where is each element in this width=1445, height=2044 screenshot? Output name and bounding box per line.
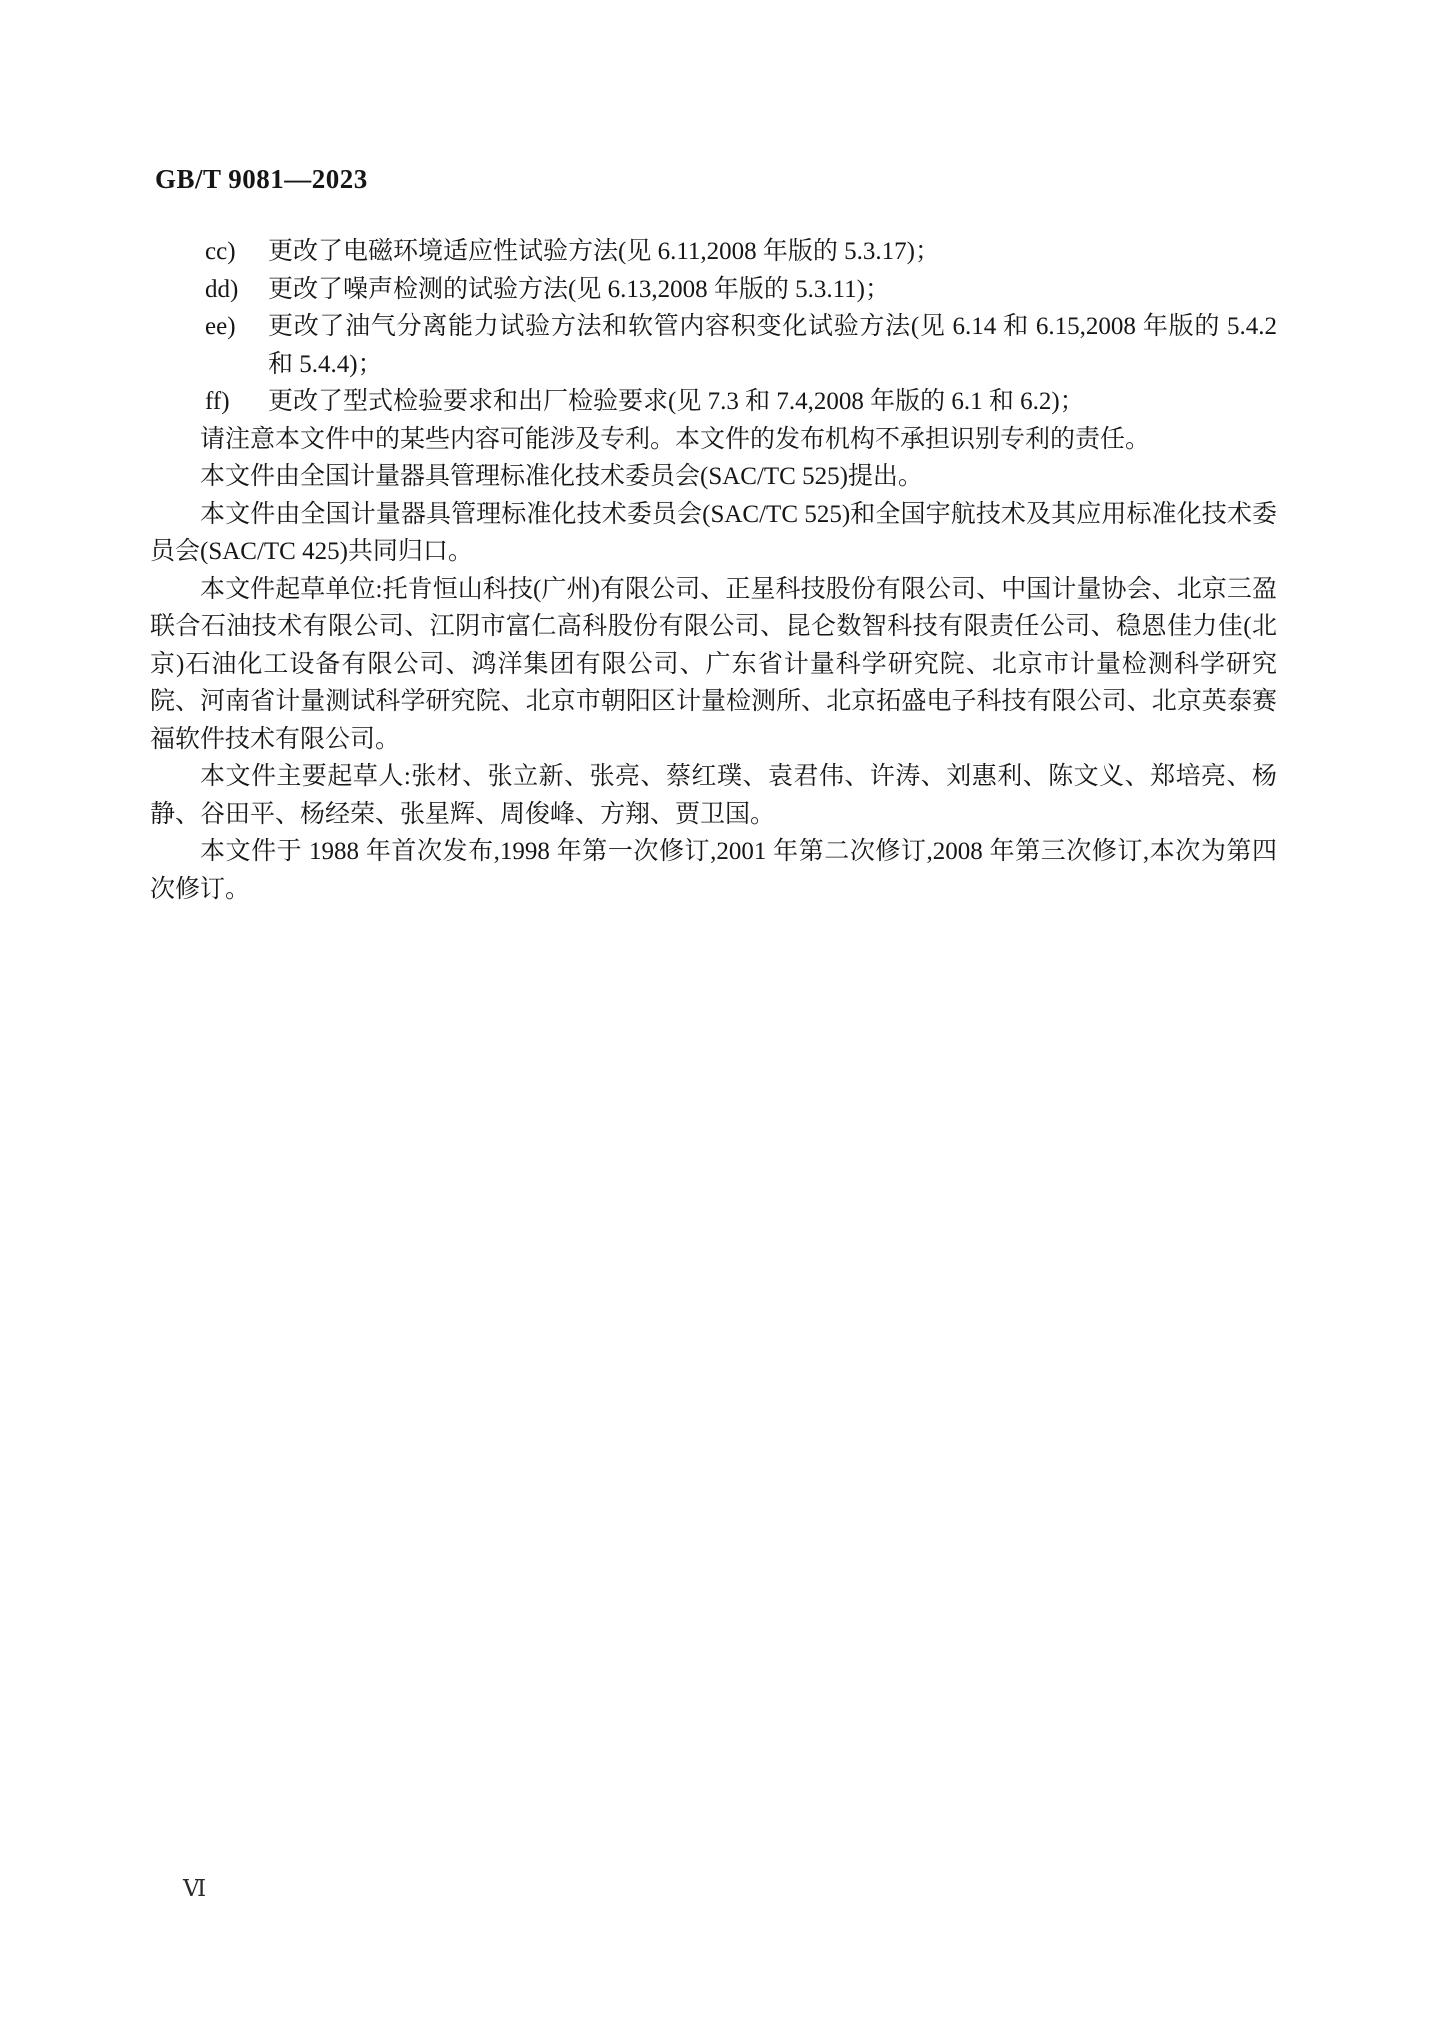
list-item-cc: cc) 更改了电磁环境适应性试验方法(见 6.11,2008 年版的 5.3.1… — [150, 233, 1277, 271]
foreword-content: cc) 更改了电磁环境适应性试验方法(见 6.11,2008 年版的 5.3.1… — [150, 233, 1277, 908]
list-item-text: 更改了噪声检测的试验方法(见 6.13,2008 年版的 5.3.11)； — [268, 276, 890, 303]
paragraph-main-drafters: 本文件主要起草人:张材、张立新、张亮、蔡红璞、袁君伟、许涛、刘惠利、陈文义、郑培… — [150, 758, 1277, 833]
list-item-text: 更改了油气分离能力试验方法和软管内容积变化试验方法(见 6.14 和 6.15,… — [268, 313, 1277, 378]
list-item-label: ee) — [205, 308, 236, 346]
paragraph-drafting-organizations: 本文件起草单位:托肯恒山科技(广州)有限公司、正星科技股份有限公司、中国计量协会… — [150, 571, 1277, 759]
page-number: Ⅵ — [183, 1876, 206, 1902]
paragraph-patent-notice: 请注意本文件中的某些内容可能涉及专利。本文件的发布机构不承担识别专利的责任。 — [150, 421, 1277, 459]
standard-number-header: GB/T 9081—2023 — [155, 164, 368, 195]
list-item-label: dd) — [205, 271, 238, 309]
paragraph-revision-history: 本文件于 1988 年首次发布,1998 年第一次修订,2001 年第二次修订,… — [150, 833, 1277, 908]
list-item-label: cc) — [205, 233, 236, 271]
list-item-label: ff) — [205, 383, 230, 421]
list-item-ee: ee) 更改了油气分离能力试验方法和软管内容积变化试验方法(见 6.14 和 6… — [150, 308, 1277, 383]
list-item-ff: ff) 更改了型式检验要求和出厂检验要求(见 7.3 和 7.4,2008 年版… — [150, 383, 1277, 421]
list-item-text: 更改了型式检验要求和出厂检验要求(见 7.3 和 7.4,2008 年版的 6.… — [268, 388, 1085, 415]
paragraph-centralized-by: 本文件由全国计量器具管理标准化技术委员会(SAC/TC 525)和全国宇航技术及… — [150, 496, 1277, 571]
list-item-dd: dd) 更改了噪声检测的试验方法(见 6.13,2008 年版的 5.3.11)… — [150, 271, 1277, 309]
paragraph-proposed-by: 本文件由全国计量器具管理标准化技术委员会(SAC/TC 525)提出。 — [150, 458, 1277, 496]
list-item-text: 更改了电磁环境适应性试验方法(见 6.11,2008 年版的 5.3.17)； — [268, 238, 940, 265]
